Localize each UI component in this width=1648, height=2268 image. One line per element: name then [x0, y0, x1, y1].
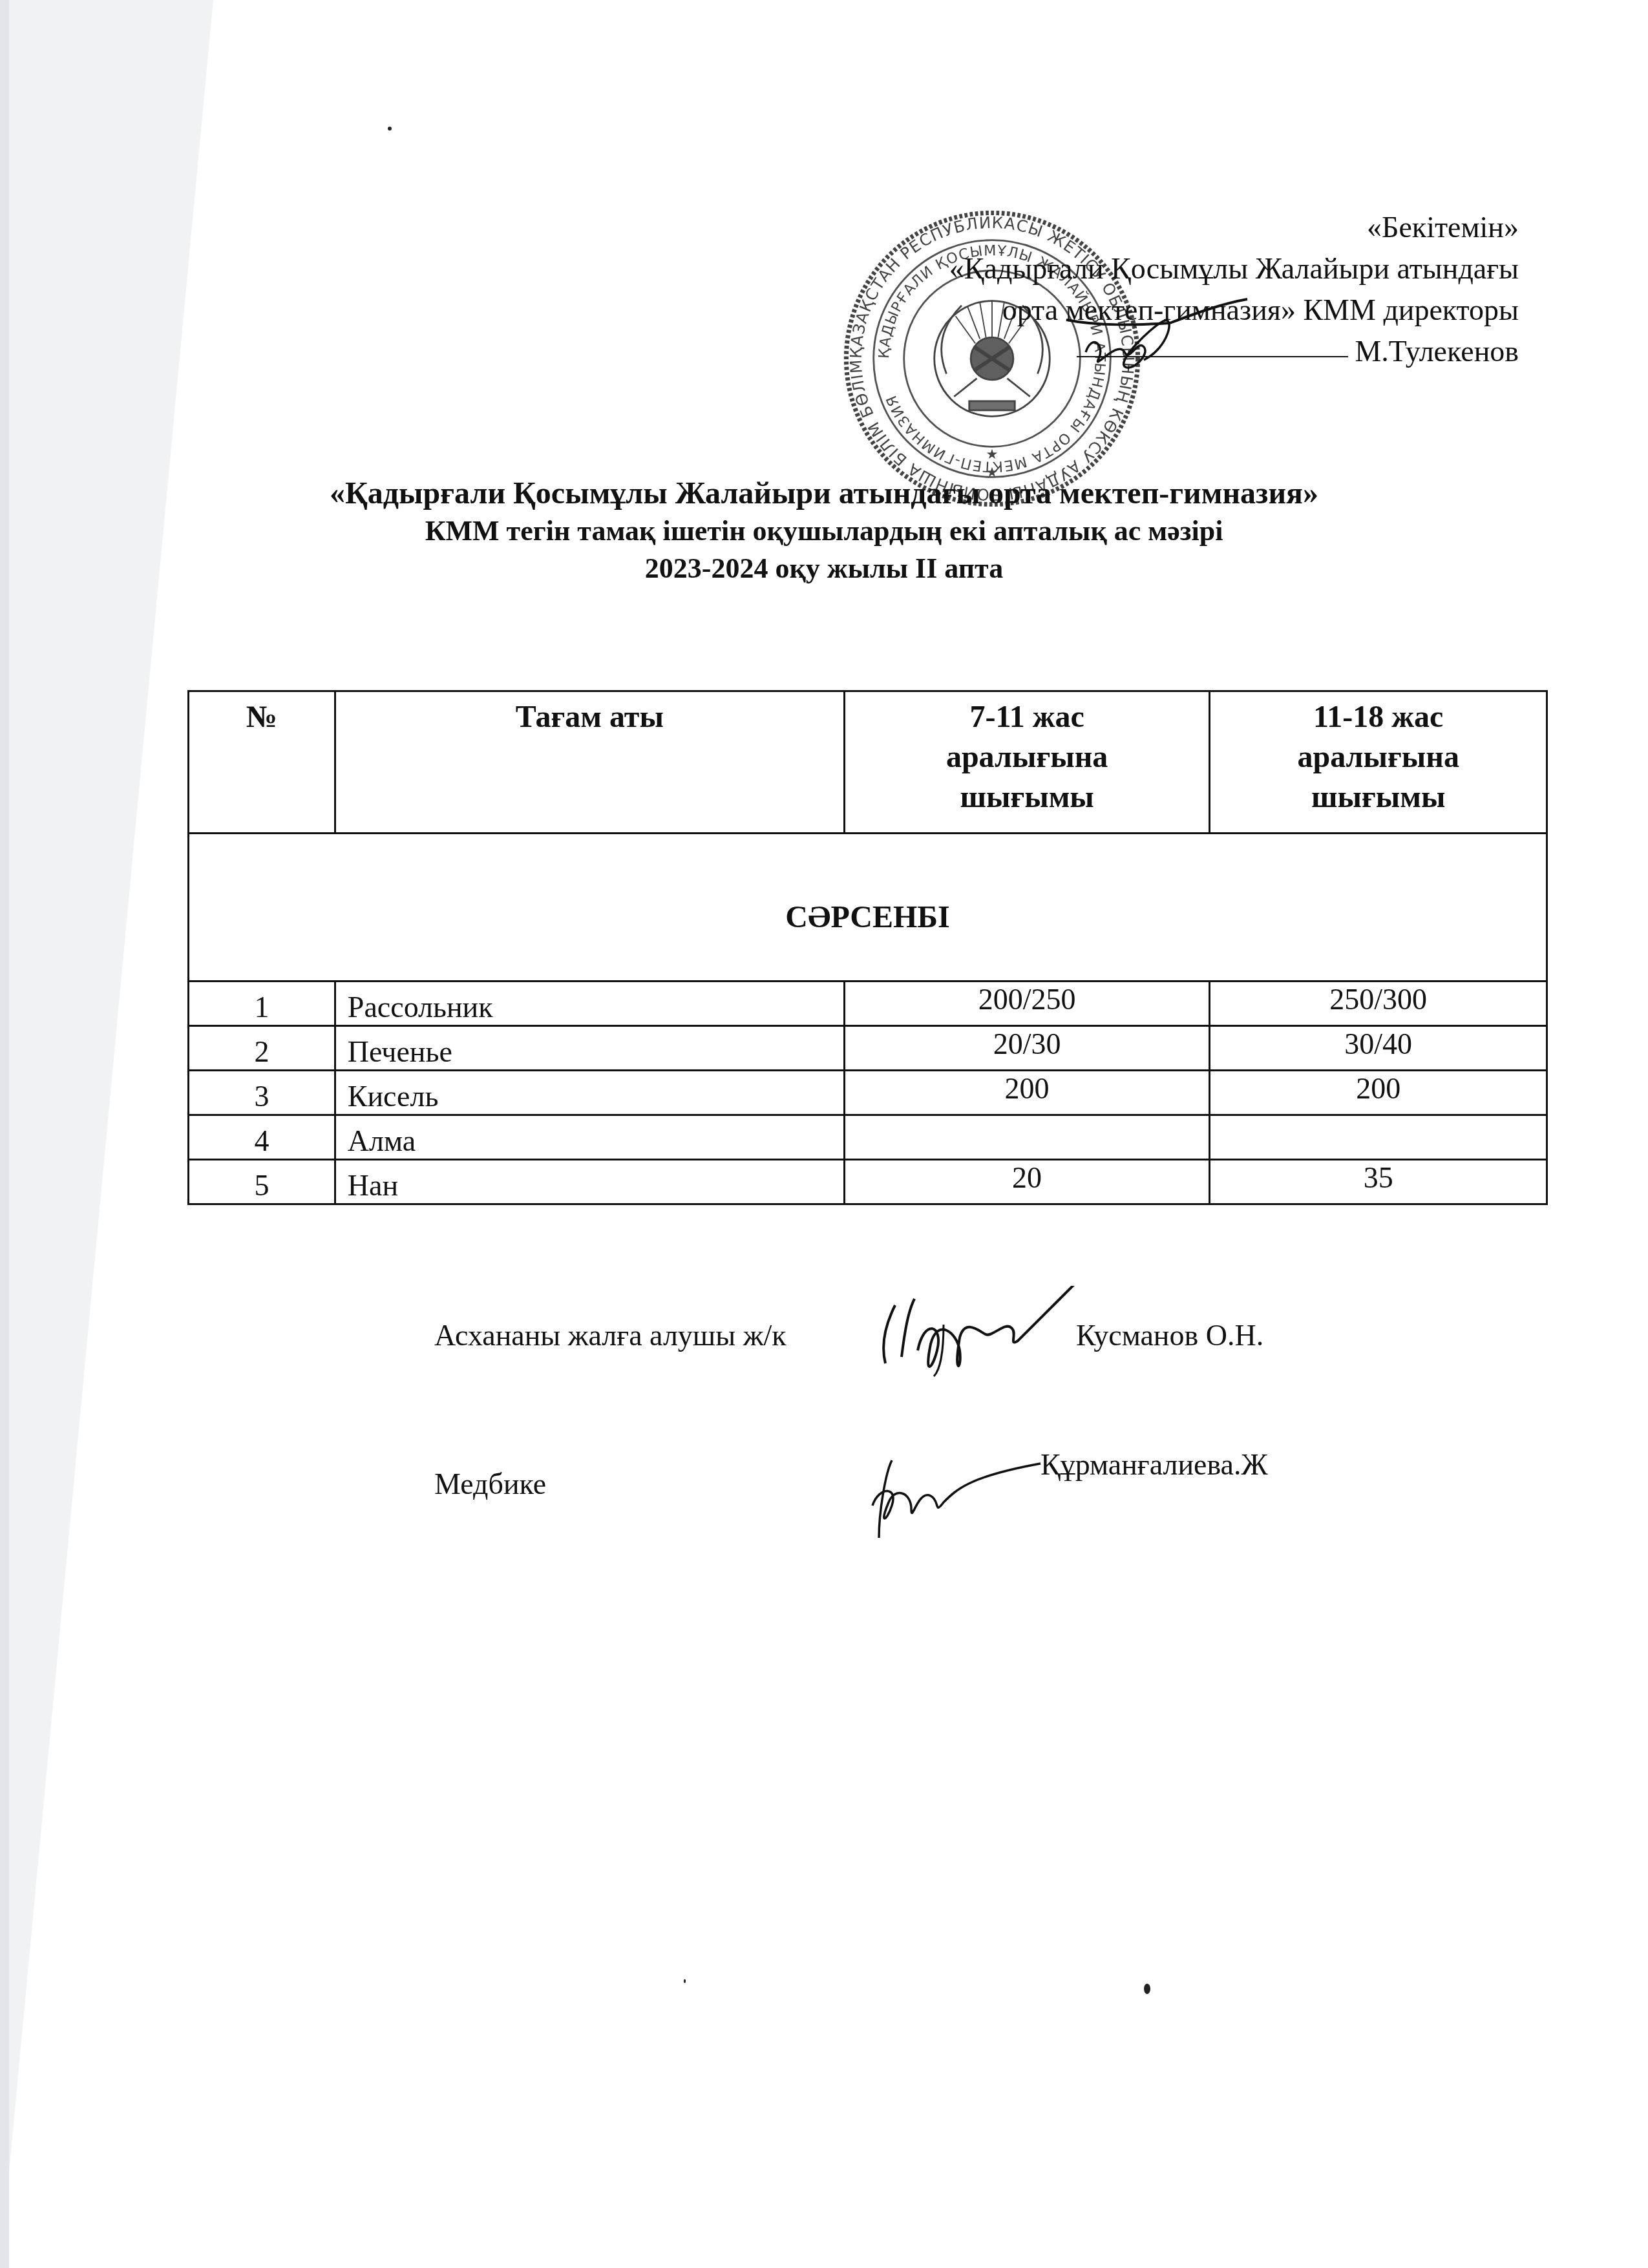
approval-school-line: «Қадырғали Қосымұлы Жалайыри атындағы: [949, 248, 1519, 289]
dish-name: Нан: [335, 1160, 844, 1204]
dish-name: Печенье: [335, 1026, 844, 1071]
table-header-row: № Тағам аты 7-11 жас аралығына шығымы 11…: [189, 691, 1547, 834]
portion-7-11: 20: [844, 1160, 1210, 1204]
dish-name: Рассольник: [335, 982, 844, 1026]
document-page: ҚАЗАҚСТАН РЕСПУБЛИКАСЫ ЖЕТІСУ ОБЛЫСЫНЫҢ …: [0, 0, 1648, 2268]
nurse-signature-icon: [860, 1441, 1066, 1544]
svg-text:★: ★: [986, 446, 998, 462]
row-number: 4: [189, 1115, 335, 1160]
header-age-7-11-line1: 7-11 жас: [845, 697, 1209, 737]
director-name: М.Тулекенов: [1355, 335, 1519, 368]
title-line-1: «Қадырғали Қосымұлы Жалайыри атындағы ор…: [0, 475, 1648, 512]
dish-name: Алма: [335, 1115, 844, 1160]
row-number: 3: [189, 1071, 335, 1115]
portion-11-18: 30/40: [1210, 1026, 1547, 1071]
table-row: 5 Нан 20 35: [189, 1160, 1547, 1204]
portion-11-18: 35: [1210, 1160, 1547, 1204]
director-signature-icon: [1060, 294, 1254, 384]
header-age-11-18: 11-18 жас аралығына шығымы: [1210, 691, 1547, 834]
day-row: СӘРСЕНБІ: [189, 834, 1547, 982]
portion-11-18: 250/300: [1210, 982, 1547, 1026]
scan-speck: [684, 1979, 686, 1983]
scan-speck: [1144, 1984, 1150, 1994]
header-age-11-18-line1: 11-18 жас: [1210, 697, 1546, 737]
header-no: №: [189, 691, 335, 834]
table-row: 1 Рассольник 200/250 250/300: [189, 982, 1547, 1026]
header-age-7-11-line3: шығымы: [845, 777, 1209, 817]
header-age-7-11: 7-11 жас аралығына шығымы: [844, 691, 1210, 834]
tenant-role: Асхананы жалға алушы ж/к: [434, 1318, 787, 1352]
row-number: 2: [189, 1026, 335, 1071]
portion-11-18: [1210, 1115, 1547, 1160]
portion-7-11: 200/250: [844, 982, 1210, 1026]
nurse-name: Құрманғалиева.Ж: [1041, 1447, 1268, 1482]
tenant-signature-icon: [866, 1286, 1112, 1383]
portion-7-11: [844, 1115, 1210, 1160]
document-title: «Қадырғали Қосымұлы Жалайыри атындағы ор…: [0, 475, 1648, 587]
nurse-role: Медбике: [434, 1467, 546, 1501]
header-dish-name: Тағам аты: [335, 691, 844, 834]
portion-11-18: 200: [1210, 1071, 1547, 1115]
portion-7-11: 200: [844, 1071, 1210, 1115]
title-line-2: КММ тегін тамақ ішетін оқушылардың екі а…: [0, 512, 1648, 550]
row-number: 1: [189, 982, 335, 1026]
scan-speck: [388, 127, 392, 131]
table-row: 4 Алма: [189, 1115, 1547, 1160]
day-label: СӘРСЕНБІ: [189, 834, 1547, 982]
dish-name: Кисель: [335, 1071, 844, 1115]
menu-table: № Тағам аты 7-11 жас аралығына шығымы 11…: [187, 690, 1548, 1205]
header-age-11-18-line3: шығымы: [1210, 777, 1546, 817]
header-age-11-18-line2: аралығына: [1210, 737, 1546, 777]
approval-heading: «Бекітемін»: [949, 207, 1519, 248]
portion-7-11: 20/30: [844, 1026, 1210, 1071]
row-number: 5: [189, 1160, 335, 1204]
header-age-7-11-line2: аралығына: [845, 737, 1209, 777]
title-line-3: 2023-2024 оқу жылы II апта: [0, 550, 1648, 587]
tenant-name: Кусманов О.Н.: [1076, 1318, 1263, 1352]
table-row: 3 Кисель 200 200: [189, 1071, 1547, 1115]
table-row: 2 Печенье 20/30 30/40: [189, 1026, 1547, 1071]
